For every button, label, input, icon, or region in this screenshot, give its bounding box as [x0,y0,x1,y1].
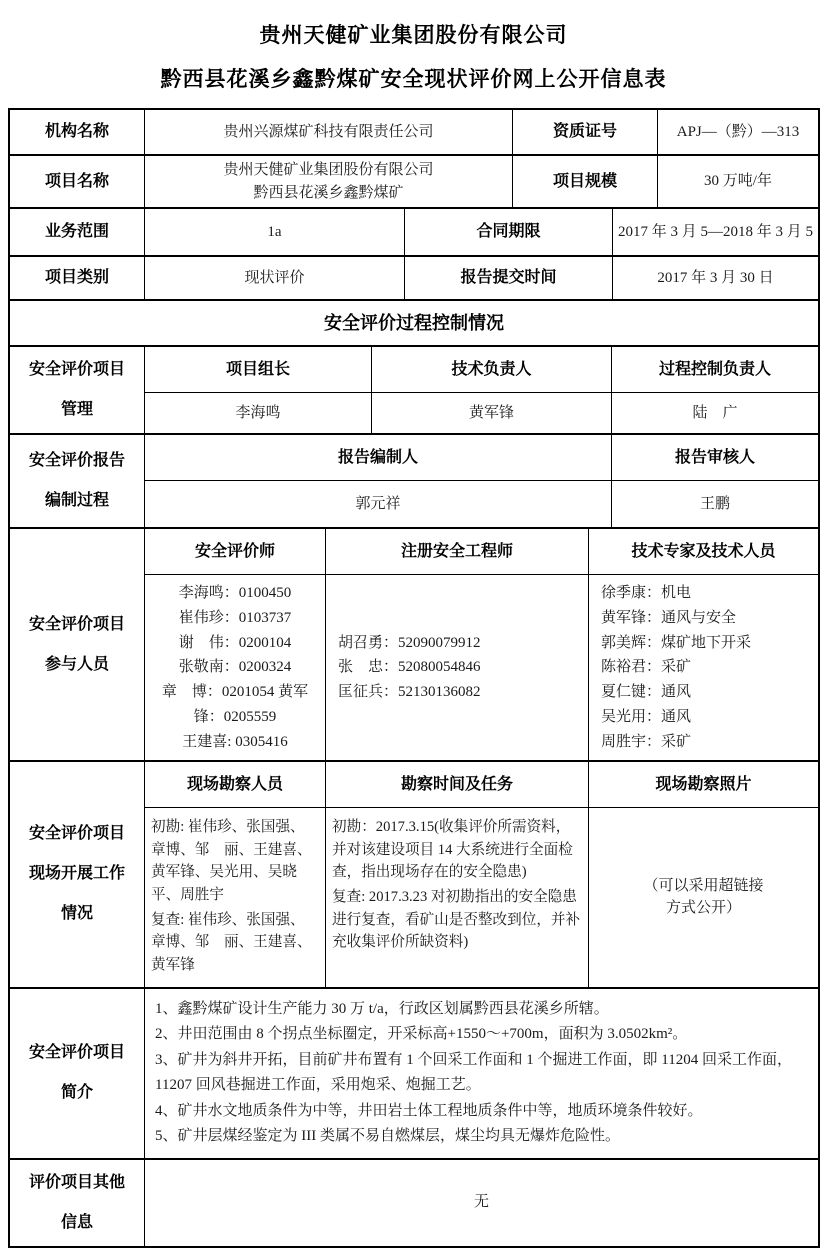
personnel-list: 初勘: 崔伟珍、张国强、章博、邹 丽、王建喜、黄军锋、吴光用、吴晓平、周胜宇 复… [145,808,325,986]
engineer-item: 匡征兵：52130136082 [338,680,481,705]
project-value: 贵州天健矿业集团股份有限公司 黔西县花溪乡鑫黔煤矿 [144,156,512,207]
personnel-initial: 初勘: 崔伟珍、张国强、章博、邹 丽、王建喜、黄军锋、吴光用、吴晓平、周胜宇 [151,816,319,906]
row-scope: 业务范围 1a 合同期限 2017 年 3 月 5—2018 年 3 月 5 [10,209,818,257]
participants-value-row: 李海鸣：0100450 崔伟珍：0103737 谢 伟：0200104 张敬南：… [145,575,818,760]
management-subgrid: 项目组长 技术负责人 过程控制负责人 李海鸣 黄军锋 陆 广 [144,347,818,433]
management-header-row: 项目组长 技术负责人 过程控制负责人 [145,347,818,393]
assessor-item: 章 博：0201054 黄军锋：0205559 [149,680,321,730]
engineers-list: 胡召勇：52090079912 张 忠：52080054846 匡征兵：5213… [325,575,588,760]
project-label: 项目名称 [10,156,144,207]
participants-header-row: 安全评价师 注册安全工程师 技术专家及技术人员 [145,529,818,575]
other-value: 无 [144,1160,818,1246]
assessor-item: 李海鸣：0100450 [179,581,292,606]
schedule-initial: 初勘：2017.3.15(收集评价所需资料，并对该建设项目 14 大系统进行全面… [332,816,582,884]
expert-item: 周胜宇：采矿 [601,730,691,755]
experts-header: 技术专家及技术人员 [588,529,818,574]
summary-row-label: 安全评价项目 简介 [10,989,144,1158]
leader-header: 项目组长 [145,347,371,392]
page-title: 贵州天健矿业集团股份有限公司 [0,20,827,50]
compilation-value-row: 郭元祥 王鹏 [145,481,818,527]
summary-item: 1、鑫黔煤矿设计生产能力 30 万 t/a，行政区划属黔西县花溪乡所辖。 [155,997,609,1023]
row-category: 项目类别 现状评价 报告提交时间 2017 年 3 月 30 日 [10,257,818,301]
participants-subgrid: 安全评价师 注册安全工程师 技术专家及技术人员 李海鸣：0100450 崔伟珍：… [144,529,818,760]
author-value: 郭元祥 [145,481,611,527]
site-work-row-label: 安全评价项目 现场开展工作 情况 [10,762,144,986]
schedule-header: 勘察时间及任务 [325,762,588,807]
submit-value: 2017 年 3 月 30 日 [612,257,818,299]
personnel-header: 现场勘察人员 [145,762,325,807]
engineers-header: 注册安全工程师 [325,529,588,574]
site-work-header-row: 现场勘察人员 勘察时间及任务 现场勘察照片 [145,762,818,808]
engineer-item: 胡召勇：52090079912 [338,631,481,656]
expert-item: 夏仁键：通风 [601,680,691,705]
assessors-list: 李海鸣：0100450 崔伟珍：0103737 谢 伟：0200104 张敬南：… [145,575,325,760]
org-value: 贵州兴源煤矿科技有限责任公司 [144,110,512,154]
participants-row-label: 安全评价项目 参与人员 [10,529,144,760]
other-row-label: 评价项目其他 信息 [10,1160,144,1246]
tech-lead-header: 技术负责人 [371,347,611,392]
scope-label: 业务范围 [10,209,144,255]
compilation-header-row: 报告编制人 报告审核人 [145,435,818,481]
management-row-label: 安全评价项目 管理 [10,347,144,433]
expert-item: 吴光用：通风 [601,705,691,730]
photos-header: 现场勘察照片 [588,762,818,807]
personnel-review: 复查: 崔伟珍、张国强、章博、邹 丽、王建喜、黄军锋 [151,909,319,977]
assessor-item: 谢 伟：0200104 [179,631,292,656]
row-site-work: 安全评价项目 现场开展工作 情况 现场勘察人员 勘察时间及任务 现场勘察照片 初… [10,762,818,988]
process-lead-value: 陆 广 [611,393,818,433]
assessor-item: 张敬南：0200324 [179,655,292,680]
site-work-value-row: 初勘: 崔伟珍、张国强、章博、邹 丽、王建喜、黄军锋、吴光用、吴晓平、周胜宇 复… [145,808,818,986]
row-organization: 机构名称 贵州兴源煤矿科技有限责任公司 资质证号 APJ—（黔）—313 [10,110,818,156]
row-participants: 安全评价项目 参与人员 安全评价师 注册安全工程师 技术专家及技术人员 李海鸣：… [10,529,818,762]
row-summary: 安全评价项目 简介 1、鑫黔煤矿设计生产能力 30 万 t/a，行政区划属黔西县… [10,989,818,1160]
reviewer-header: 报告审核人 [611,435,818,480]
summary-item: 5、矿井层煤经鉴定为 III 类属不易自燃煤层，煤尘均具无爆炸危险性。 [155,1124,620,1150]
tech-lead-value: 黄军锋 [371,393,611,433]
schedule-list: 初勘：2017.3.15(收集评价所需资料，并对该建设项目 14 大系统进行全面… [325,808,588,986]
cert-value: APJ—（黔）—313 [657,110,818,154]
info-table: 机构名称 贵州兴源煤矿科技有限责任公司 资质证号 APJ—（黔）—313 项目名… [8,108,820,1248]
compilation-subgrid: 报告编制人 报告审核人 郭元祥 王鹏 [144,435,818,527]
summary-content: 1、鑫黔煤矿设计生产能力 30 万 t/a，行政区划属黔西县花溪乡所辖。 2、井… [144,989,818,1158]
row-compilation: 安全评价报告 编制过程 报告编制人 报告审核人 郭元祥 王鹏 [10,435,818,529]
expert-item: 陈裕君：采矿 [601,655,691,680]
management-value-row: 李海鸣 黄军锋 陆 广 [145,393,818,433]
scale-label: 项目规模 [512,156,657,207]
author-header: 报告编制人 [145,435,611,480]
page-subtitle: 黔西县花溪乡鑫黔煤矿安全现状评价网上公开信息表 [0,64,827,94]
row-other-info: 评价项目其他 信息 无 [10,1160,818,1246]
leader-value: 李海鸣 [145,393,371,433]
category-label: 项目类别 [10,257,144,299]
row-management: 安全评价项目 管理 项目组长 技术负责人 过程控制负责人 李海鸣 黄军锋 陆 广 [10,347,818,435]
category-value: 现状评价 [144,257,404,299]
assessor-item: 崔伟珍：0103737 [179,606,292,631]
assessors-header: 安全评价师 [145,529,325,574]
reviewer-value: 王鹏 [611,481,818,527]
document-page: 贵州天健矿业集团股份有限公司 黔西县花溪乡鑫黔煤矿安全现状评价网上公开信息表 机… [0,0,827,1248]
photos-value: （可以采用超链接 方式公开） [588,808,818,986]
compilation-row-label: 安全评价报告 编制过程 [10,435,144,527]
expert-item: 黄军锋：通风与安全 [601,606,736,631]
row-project: 项目名称 贵州天健矿业集团股份有限公司 黔西县花溪乡鑫黔煤矿 项目规模 30 万… [10,156,818,209]
experts-list: 徐季康：机电 黄军锋：通风与安全 郭美辉：煤矿地下开采 陈裕君：采矿 夏仁键：通… [588,575,818,760]
engineer-item: 张 忠：52080054846 [338,655,481,680]
process-lead-header: 过程控制负责人 [611,347,818,392]
assessor-item: 王建喜: 0305416 [182,730,287,755]
scope-value: 1a [144,209,404,255]
expert-item: 徐季康：机电 [601,581,691,606]
row-process-header: 安全评价过程控制情况 [10,301,818,347]
site-work-subgrid: 现场勘察人员 勘察时间及任务 现场勘察照片 初勘: 崔伟珍、张国强、章博、邹 丽… [144,762,818,986]
process-control-header: 安全评价过程控制情况 [10,301,818,345]
expert-item: 郭美辉：煤矿地下开采 [601,631,751,656]
contract-label: 合同期限 [404,209,612,255]
summary-item: 4、矿井水文地质条件为中等，井田岩土体工程地质条件中等，地质环境条件较好。 [155,1099,703,1125]
summary-item: 2、井田范围由 8 个拐点坐标圈定，开采标高+1550～+700m，面积为 3.… [155,1022,687,1048]
schedule-review: 复查: 2017.3.23 对初勘指出的安全隐患进行复查，看矿山是否整改到位，并… [332,886,582,954]
cert-label: 资质证号 [512,110,657,154]
summary-item: 3、矿井为斜井开拓，目前矿井布置有 1 个回采工作面和 1 个掘进工作面，即 1… [155,1048,808,1099]
org-label: 机构名称 [10,110,144,154]
scale-value: 30 万吨/年 [657,156,818,207]
contract-value: 2017 年 3 月 5—2018 年 3 月 5 [612,209,818,255]
submit-label: 报告提交时间 [404,257,612,299]
